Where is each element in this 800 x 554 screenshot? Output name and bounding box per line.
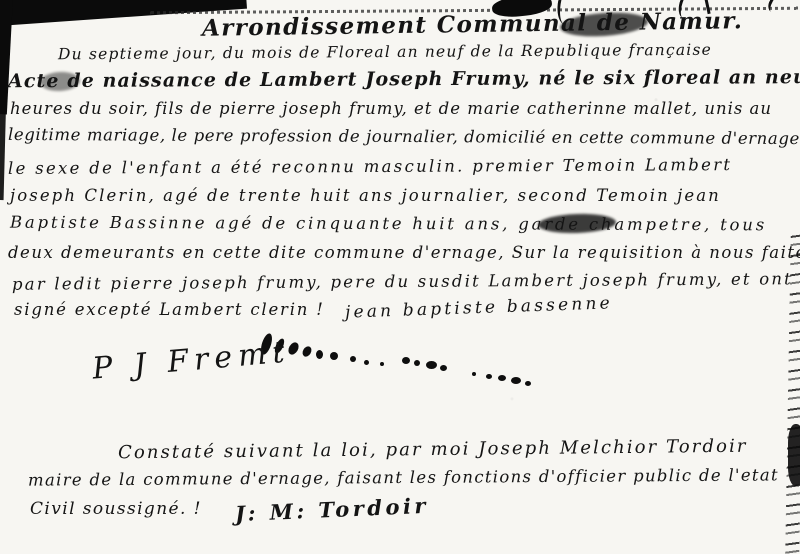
ink-blot xyxy=(486,374,492,379)
body-line: deux demeurants en cette dite commune d'… xyxy=(8,244,800,262)
body-line: heures du soir, fils de pierre joseph fr… xyxy=(10,100,772,118)
ink-blot xyxy=(498,375,506,381)
ink-blot xyxy=(440,365,447,371)
ink-blot xyxy=(511,377,521,384)
page-edge-artifact xyxy=(0,90,6,200)
father-signature: P J Fremt xyxy=(91,335,292,385)
ink-blot xyxy=(380,362,384,366)
witness-signature: jean baptiste bassenne xyxy=(345,294,613,322)
body-line: Baptiste Bassinne agé de cinquante huit … xyxy=(10,214,767,235)
ink-blot xyxy=(426,361,437,369)
ink-blot xyxy=(316,350,323,359)
scanned-document-page: Arrondissement Communal de Namur. Du sep… xyxy=(0,0,800,554)
closing-line: Civil soussigné. ! xyxy=(30,500,202,519)
ink-blot xyxy=(364,360,369,365)
ink-blot xyxy=(402,357,410,364)
ink-blot xyxy=(525,381,531,386)
body-line: le sexe de l'enfant a été reconnu mascul… xyxy=(8,156,732,178)
ink-blot xyxy=(301,345,313,359)
document-title: Arrondissement Communal de Namur. xyxy=(202,8,743,41)
ink-blot xyxy=(330,352,338,360)
ink-blot xyxy=(414,360,420,366)
ink-blot xyxy=(350,356,356,362)
body-line: par ledit pierre joseph frumy, pere du s… xyxy=(12,270,793,294)
binding-edge-artifact xyxy=(788,424,800,486)
mayor-signature: J: M: Tordoir xyxy=(235,494,430,526)
closing-line: maire de la commune d'ernage, faisant le… xyxy=(28,466,779,489)
body-line: legitime mariage, le pere profession de … xyxy=(8,126,800,148)
body-line: joseph Clerin, agé de trente huit ans jo… xyxy=(10,187,721,205)
closing-line: Constaté suivant la loi, par moi Joseph … xyxy=(118,437,748,463)
body-line: Du septieme jour, du mois de Floreal an … xyxy=(58,42,712,64)
ink-blot xyxy=(472,372,476,376)
body-line-acte-de-naissance: Acte de naissance de Lambert Joseph Frum… xyxy=(8,67,800,92)
body-line: signé excepté Lambert clerin ! xyxy=(14,301,325,319)
